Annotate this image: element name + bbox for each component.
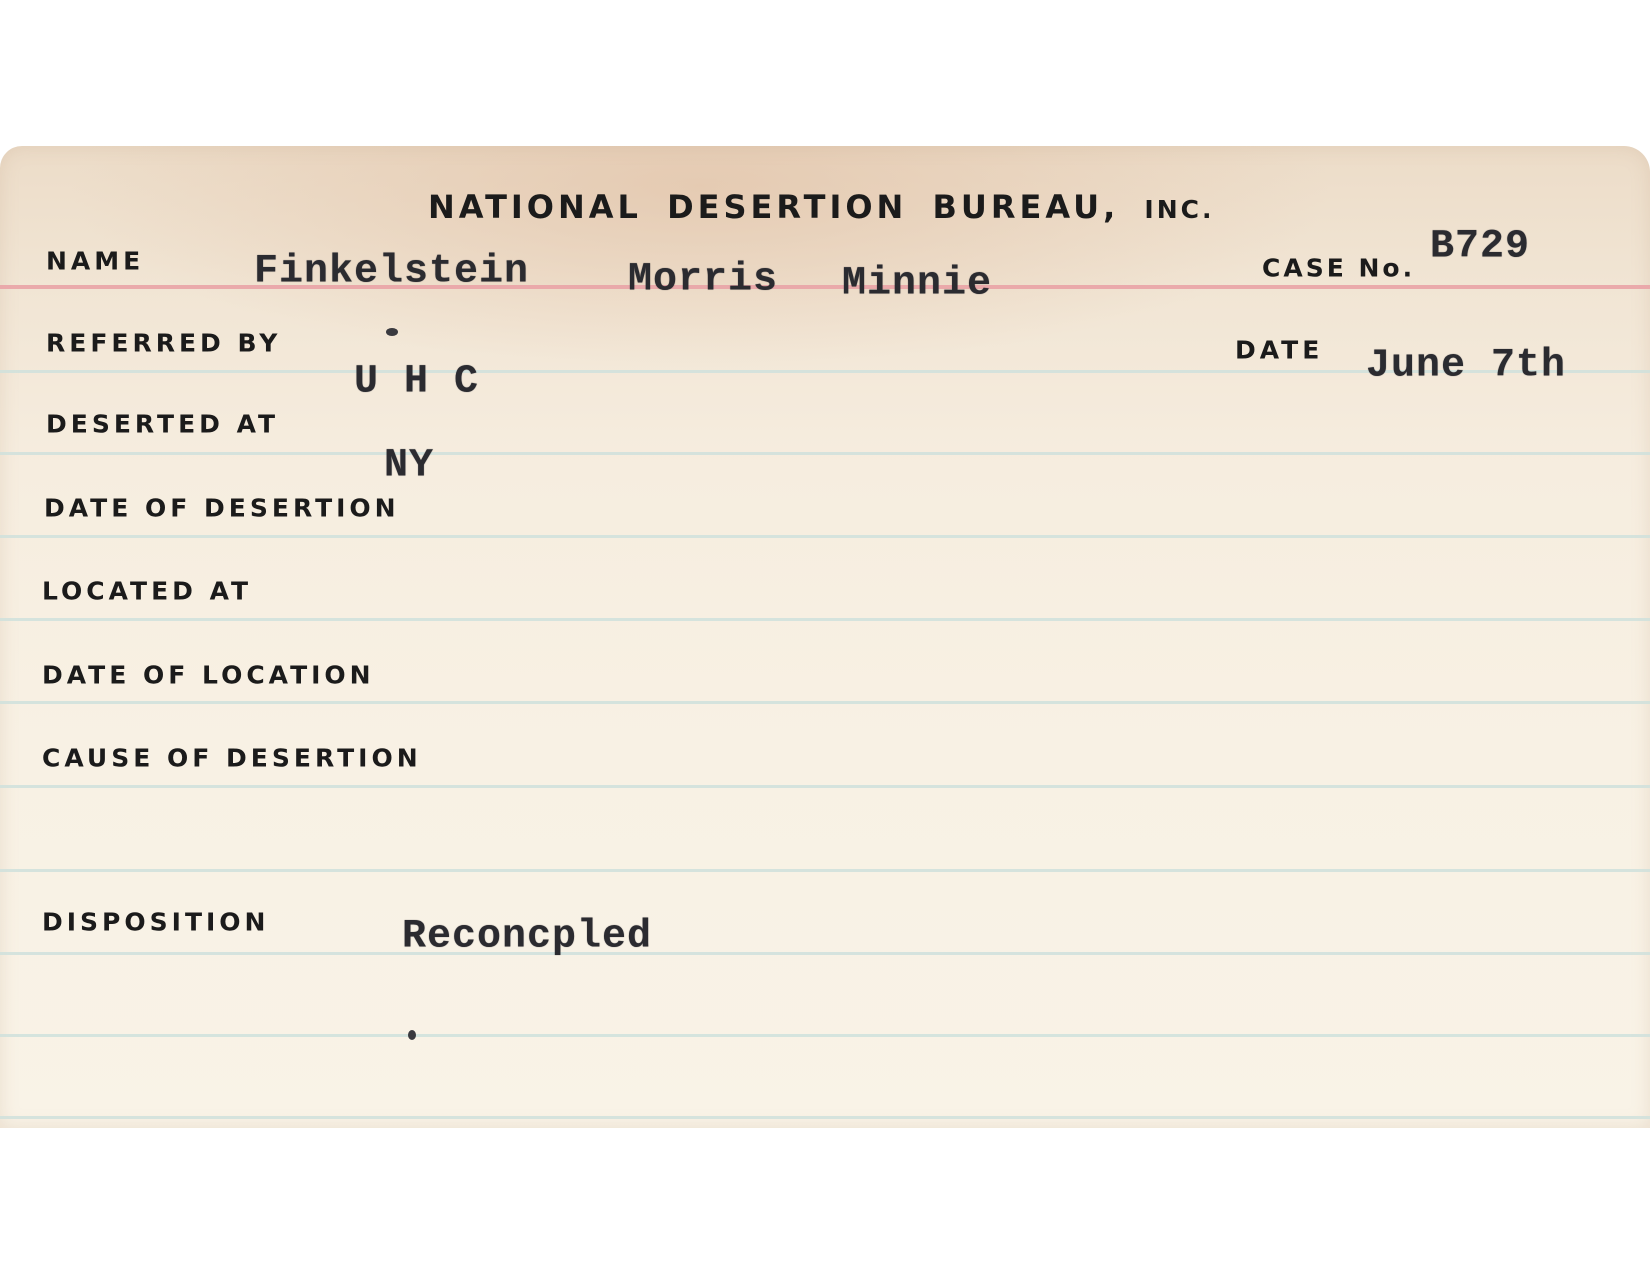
- ruled-line: [0, 869, 1650, 872]
- referred-by-value: U H C: [354, 360, 479, 405]
- header-rule: [0, 285, 1650, 289]
- ruled-line: [0, 785, 1650, 788]
- name-last-value: Finkelstein: [254, 250, 529, 295]
- disposition-label: DISPOSITION: [42, 908, 269, 937]
- ink-mark: [386, 328, 398, 336]
- referred-by-label: REFERRED BY: [46, 329, 281, 358]
- name-first-value: Morris: [628, 258, 778, 303]
- ruled-line: [0, 618, 1650, 621]
- date-of-desertion-label: DATE OF DESERTION: [44, 494, 400, 523]
- ruled-line: [0, 952, 1650, 955]
- case-no-value: B729: [1430, 225, 1530, 270]
- title-suffix: INC.: [1144, 195, 1214, 224]
- ink-mark: [408, 1030, 416, 1040]
- card-title: NATIONAL DESERTION BUREAU, INC.: [428, 188, 1214, 226]
- index-card: [0, 146, 1650, 1128]
- name-label: NAME: [46, 247, 144, 276]
- located-at-label: LOCATED AT: [42, 577, 252, 606]
- ruled-line: [0, 1034, 1650, 1037]
- date-label: DATE: [1235, 336, 1323, 365]
- date-of-location-label: DATE OF LOCATION: [42, 661, 375, 690]
- case-no-label: CASE No.: [1262, 254, 1415, 283]
- date-value: June 7th: [1366, 344, 1566, 389]
- cause-of-desertion-label: CAUSE OF DESERTION: [42, 744, 422, 773]
- disposition-value: Reconcpled: [402, 915, 652, 960]
- ruled-line: [0, 1116, 1650, 1119]
- ruled-line: [0, 701, 1650, 704]
- ruled-line: [0, 452, 1650, 455]
- deserted-at-label: DESERTED AT: [46, 410, 279, 439]
- ruled-line: [0, 535, 1650, 538]
- deserted-at-value: NY: [384, 444, 434, 489]
- name-spouse-value: Minnie: [842, 262, 992, 307]
- title-text: NATIONAL DESERTION BUREAU,: [428, 188, 1119, 226]
